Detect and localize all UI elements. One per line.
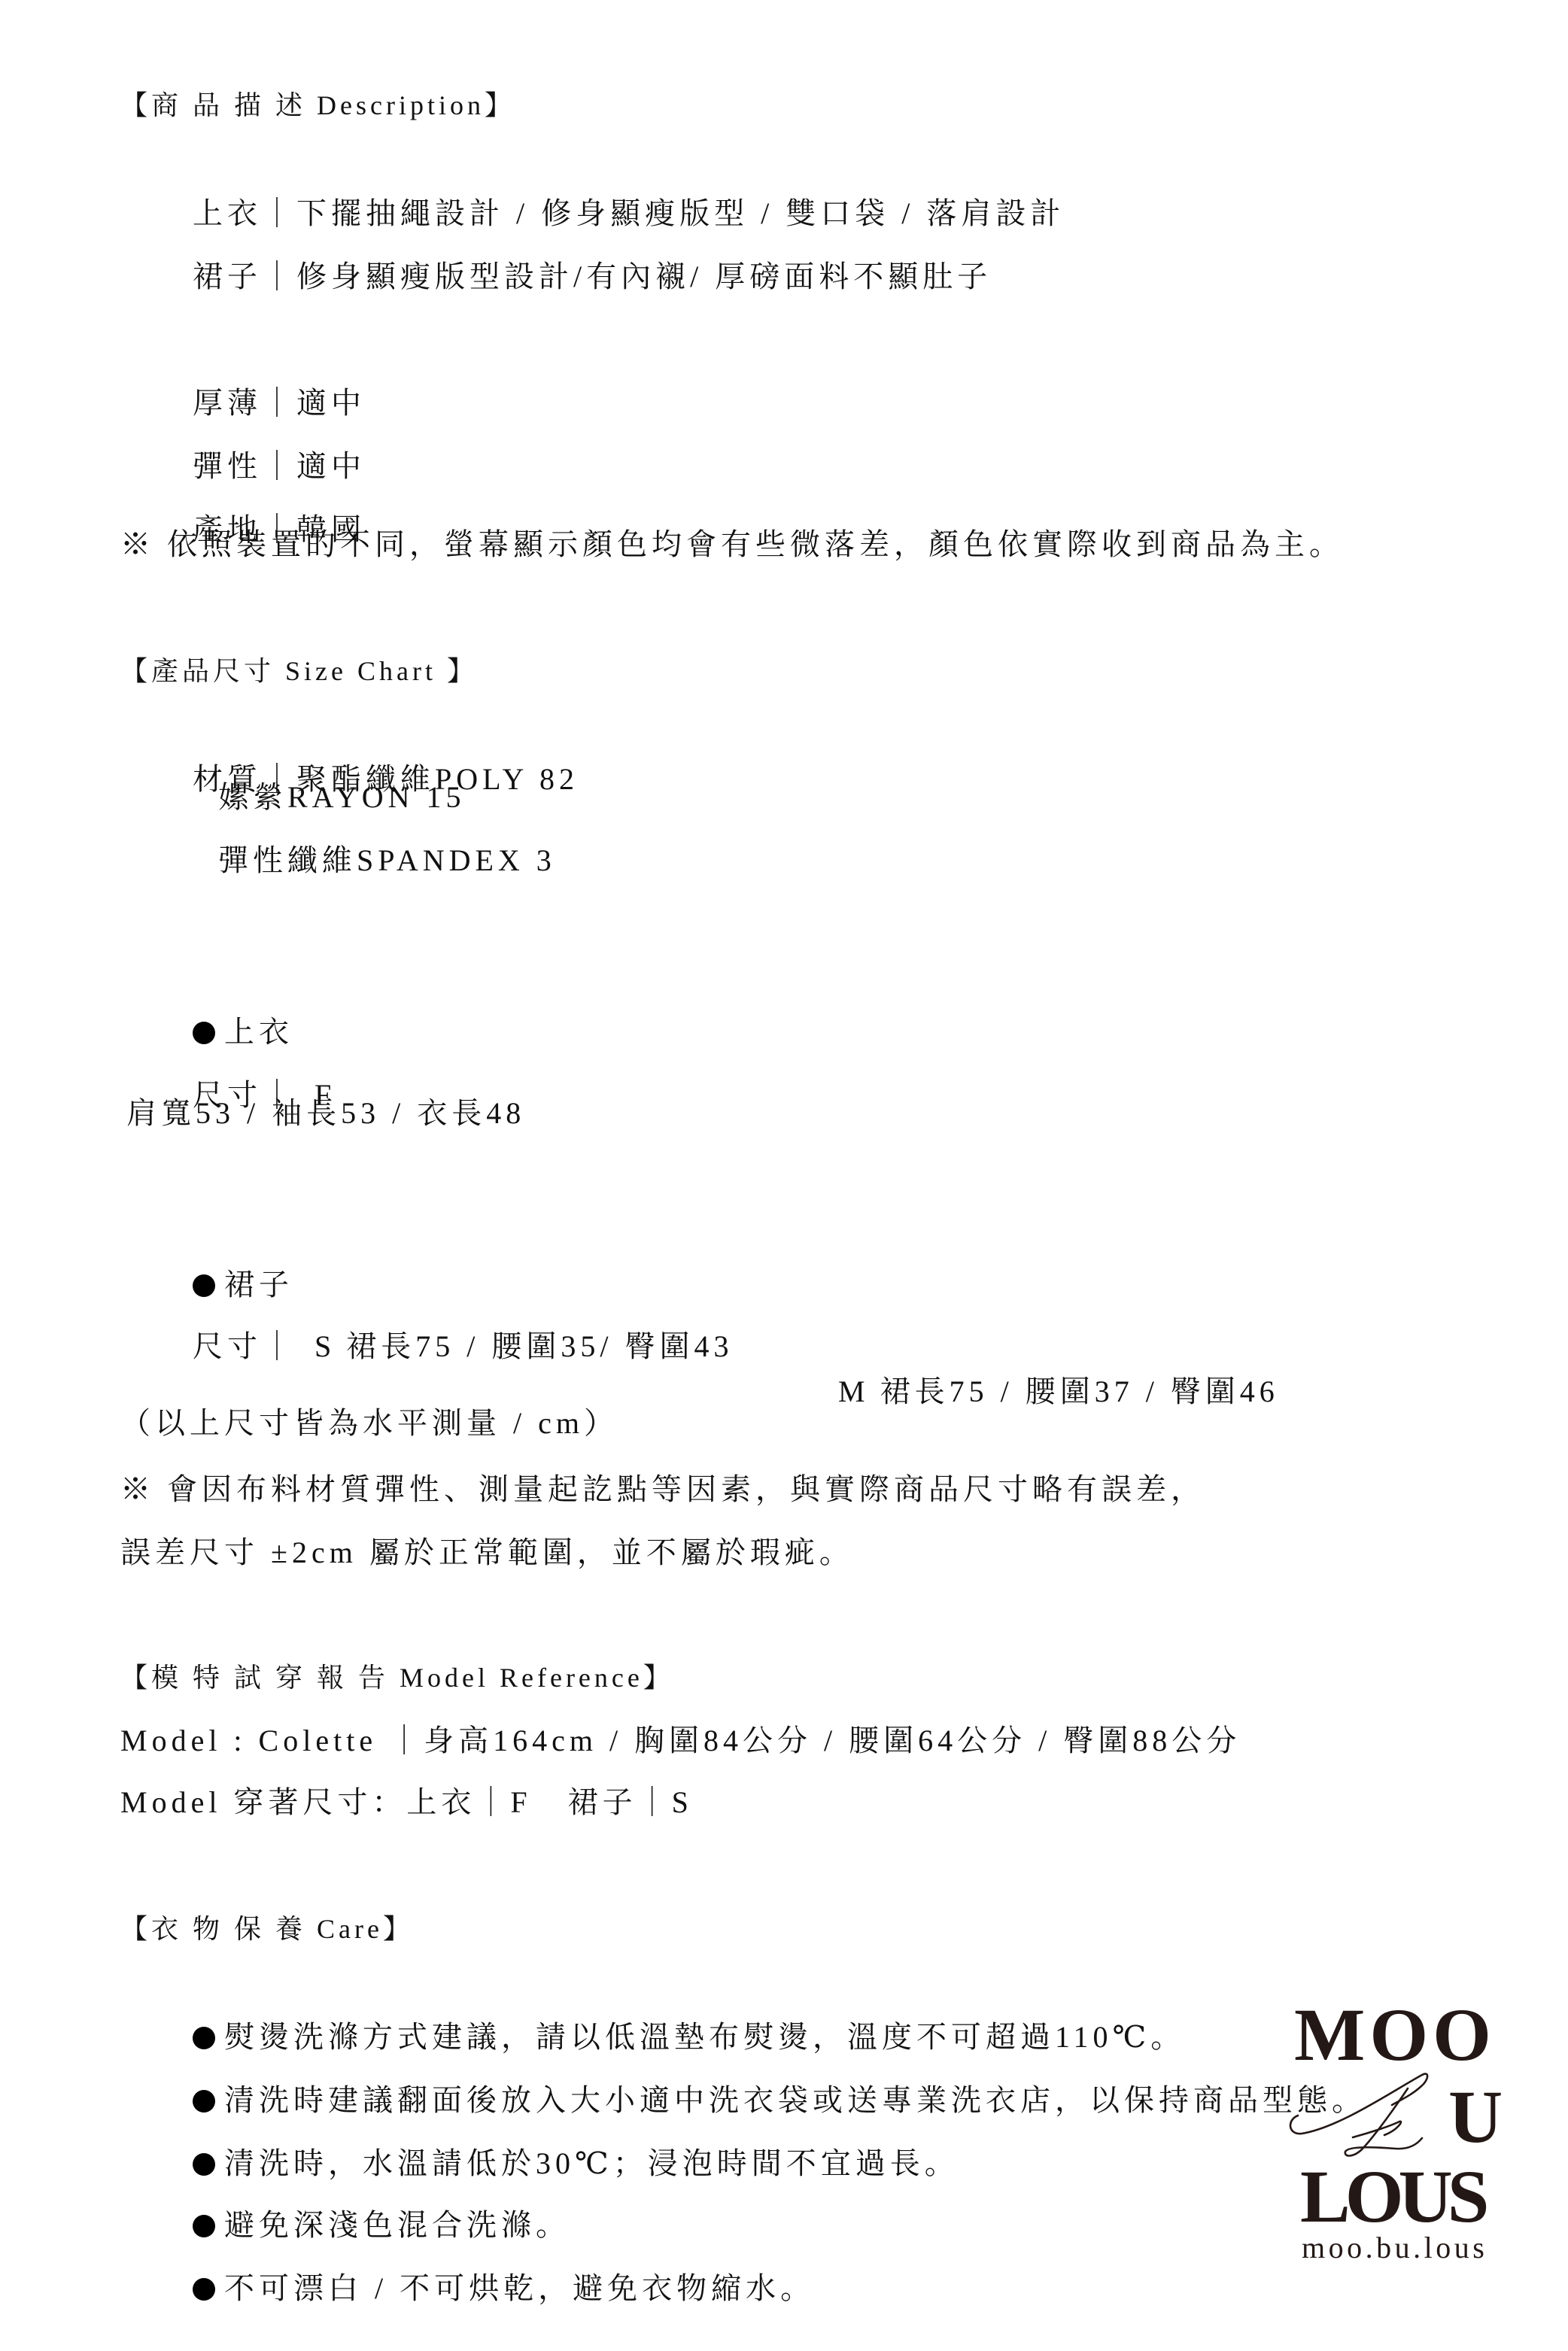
product-info-sheet: 【商 品 描 述 Description】 上衣｜下擺抽繩設計 / 修身顯瘦版型… [0,0,1568,2351]
tolerance-note: ※ 會因布料材質彈性、測量起訖點等因素，與實際商品尺寸略有誤差， [120,1467,1205,1512]
top-size-line: 尺寸｜F [120,1028,336,1073]
material-line: 材質｜聚酯纖維POLY 82 [120,712,579,757]
skirt-size-line: 尺寸｜S裙長75 / 腰圍35/ 臀圍43 M裙長75 / 腰圍37 / 臀圍4… [120,1279,1475,1324]
feature-line-top: 上衣｜下擺抽繩設計 / 修身顯瘦版型 / 雙口袋 / 落肩設計 [120,146,1065,191]
material-value: 嫘縈RAYON 15 [218,775,466,820]
size-chart-title: 【產品尺寸 Size Chart 】 [120,648,478,694]
separator: ｜ [262,260,296,293]
logo-line-lous: LOUS [1300,2159,1484,2234]
care-item: 不可漂白 / 不可烘乾，避免衣物縮水。 [120,2221,815,2266]
description-title: 【商 品 描 述 Description】 [120,83,515,128]
feature-label: 裙子 [193,260,262,293]
top-heading: 上衣 [120,964,293,1010]
care-title: 【衣 物 保 養 Care】 [120,1906,414,1952]
feature-text: 修身顯瘦版型設計/有內襯/ 厚磅面料不顯肚子 [296,260,992,293]
model-reference-title: 【模 特 試 穿 報 告 Model Reference】 [120,1655,674,1700]
skirt-heading: 裙子 [120,1217,293,1262]
care-item-text: 不可漂白 / 不可烘乾，避免衣物縮水。 [224,2271,815,2305]
size-s-measurements: 裙長75 / 腰圍35/ 臀圍43 [346,1329,733,1363]
attribute-elasticity: 彈性｜適中 [120,399,366,444]
measurement-note: （以上尺寸皆為水平測量 / cm） [120,1401,618,1446]
care-item: 清洗時，水溫請低於30℃；浸泡時間不宜過長。 [120,2096,959,2141]
size-m-measurements: 裙長75 / 腰圍37 / 臀圍46 [880,1374,1279,1408]
size-m-group: M裙長75 / 腰圍37 / 臀圍46 [838,1369,1279,1414]
care-item: 熨燙洗滌方式建議，請以低溫墊布熨燙，溫度不可超過110℃。 [120,1970,1185,2015]
tolerance-range-note: 誤差尺寸 ±2cm 屬於正常範圍，並不屬於瑕疵。 [120,1530,854,1575]
model-profile: Model : Colette ｜身高164cm / 胸圍84公分 / 腰圍64… [120,1718,1241,1763]
separator: ｜ [262,1329,296,1363]
color-disclaimer: ※ 依照裝置的不同，螢幕顯示顏色均會有些微落差，顏色依實際收到商品為主。 [120,522,1344,567]
size-value-s: S [315,1329,336,1363]
material-value: 彈性纖維SPANDEX 3 [218,838,556,883]
feature-line-skirt: 裙子｜修身顯瘦版型設計/有內襯/ 厚磅面料不顯肚子 [120,209,992,254]
script-b-flourish-icon [1279,1986,1445,2174]
attribute-thickness: 厚薄｜適中 [120,336,366,381]
logo-line-u: U [1448,2079,1503,2155]
bullet-icon [193,2278,215,2301]
model-wearing-size: Model 穿著尺寸：上衣｜F 裙子｜S [120,1780,693,1825]
size-label: 尺寸 [193,1329,262,1363]
size-value-m: M [838,1374,870,1408]
care-item: 避免深淺色混合洗滌。 [120,2158,570,2203]
brand-handle: moo.bu.lous [1302,2233,1487,2263]
top-measurements: 肩寬53 / 袖長53 / 衣長48 [126,1091,525,1136]
attribute-origin: 產地｜韓國 [120,462,366,507]
care-item: 清洗時建議翻面後放入大小適中洗衣袋或送專業洗衣店，以保持商品型態。 [120,2033,1366,2078]
